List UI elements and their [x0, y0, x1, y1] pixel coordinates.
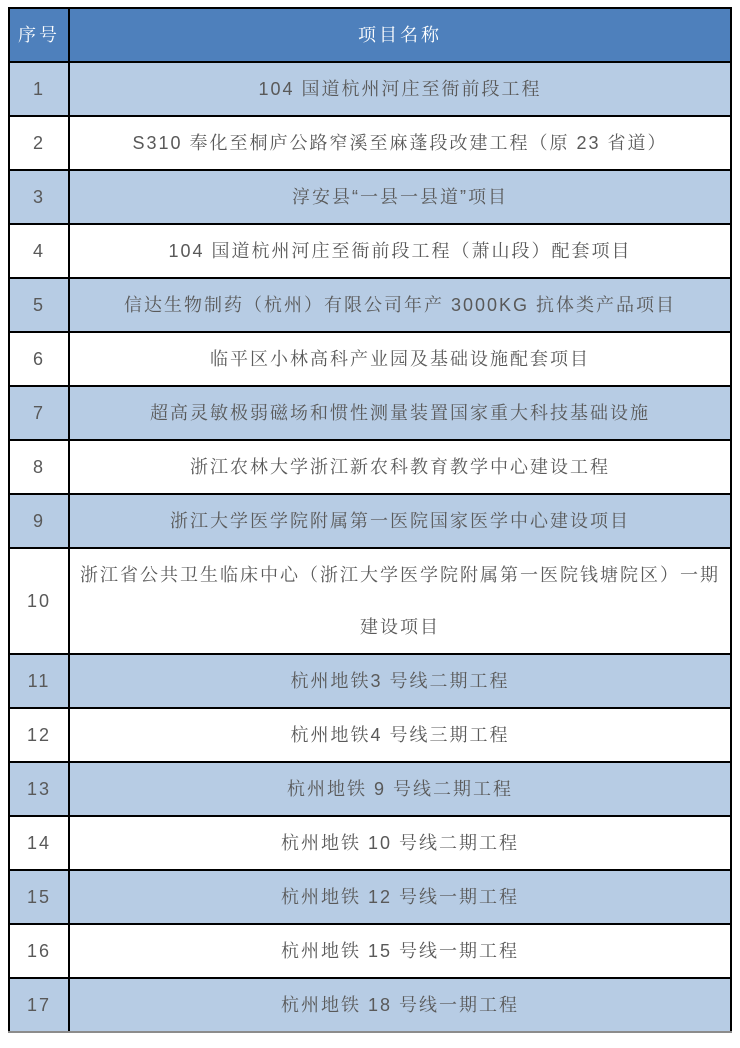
row-number-cell: 15 [9, 870, 69, 924]
project-name: 浙江大学医学院附属第一医院国家医学中心建设项目 [170, 511, 630, 531]
project-name-cell: 杭州地铁 18 号线一期工程 [69, 978, 731, 1032]
table-row: 3 淳安县“一县一县道”项目 [9, 170, 731, 224]
project-name: 临平区小林高科产业园及基础设施配套项目 [210, 349, 590, 369]
table-row: 11 杭州地铁3 号线二期工程 [9, 654, 731, 708]
table-row: 7 超高灵敏极弱磁场和惯性测量装置国家重大科技基础设施 [9, 386, 731, 440]
project-name-cell: 浙江农林大学浙江新农科教育教学中心建设工程 [69, 440, 731, 494]
row-number-cell: 1 [9, 62, 69, 116]
project-name-cell: 杭州地铁 12 号线一期工程 [69, 870, 731, 924]
header-serial-number: 序号 [9, 8, 69, 62]
project-name-cell: 杭州地铁 10 号线二期工程 [69, 816, 731, 870]
row-number: 17 [27, 995, 51, 1015]
project-name: 杭州地铁 15 号线一期工程 [281, 941, 519, 961]
project-name: 杭州地铁3 号线二期工程 [290, 671, 509, 691]
project-name: S310 奉化至桐庐公路窄溪至麻蓬段改建工程（原 23 省道） [132, 133, 667, 153]
project-name: 杭州地铁 12 号线一期工程 [281, 887, 519, 907]
table-row: 9 浙江大学医学院附属第一医院国家医学中心建设项目 [9, 494, 731, 548]
table-header: 序号 项目名称 [9, 8, 731, 62]
table-row: 4 104 国道杭州河庄至衙前段工程（萧山段）配套项目 [9, 224, 731, 278]
table-row: 14 杭州地铁 10 号线二期工程 [9, 816, 731, 870]
project-name: 超高灵敏极弱磁场和惯性测量装置国家重大科技基础设施 [150, 403, 650, 423]
project-name: 杭州地铁 9 号线二期工程 [287, 779, 513, 799]
row-number: 7 [33, 403, 45, 423]
table-row: 1 104 国道杭州河庄至衙前段工程 [9, 62, 731, 116]
row-number: 12 [27, 725, 51, 745]
row-number: 16 [27, 941, 51, 961]
project-name-cell: 信达生物制药（杭州）有限公司年产 3000KG 抗体类产品项目 [69, 278, 731, 332]
project-name: 浙江省公共卫生临床中心（浙江大学医学院附属第一医院钱塘院区）一期建设项目 [80, 565, 720, 637]
project-name: 淳安县“一县一县道”项目 [292, 187, 508, 207]
row-number: 9 [33, 511, 45, 531]
header-project-name: 项目名称 [69, 8, 731, 62]
row-number-cell: 7 [9, 386, 69, 440]
project-name: 杭州地铁 18 号线一期工程 [281, 995, 519, 1015]
row-number-cell: 8 [9, 440, 69, 494]
row-number-cell: 14 [9, 816, 69, 870]
project-name-cell: 超高灵敏极弱磁场和惯性测量装置国家重大科技基础设施 [69, 386, 731, 440]
project-table: 序号 项目名称 1 104 国道杭州河庄至衙前段工程 2 S310 奉化至桐庐公… [8, 7, 732, 1033]
row-number: 8 [33, 457, 45, 477]
row-number-cell: 13 [9, 762, 69, 816]
project-name: 信达生物制药（杭州）有限公司年产 3000KG 抗体类产品项目 [124, 295, 676, 315]
project-name-cell: 浙江大学医学院附属第一医院国家医学中心建设项目 [69, 494, 731, 548]
project-name: 杭州地铁 10 号线二期工程 [281, 833, 519, 853]
row-number: 10 [27, 591, 51, 611]
project-name-cell: 杭州地铁 15 号线一期工程 [69, 924, 731, 978]
row-number: 14 [27, 833, 51, 853]
project-name-cell: S310 奉化至桐庐公路窄溪至麻蓬段改建工程（原 23 省道） [69, 116, 731, 170]
row-number: 1 [33, 79, 45, 99]
table-row: 13 杭州地铁 9 号线二期工程 [9, 762, 731, 816]
document-page: 序号 项目名称 1 104 国道杭州河庄至衙前段工程 2 S310 奉化至桐庐公… [0, 0, 740, 1048]
row-number: 11 [28, 671, 51, 691]
table-row: 2 S310 奉化至桐庐公路窄溪至麻蓬段改建工程（原 23 省道） [9, 116, 731, 170]
row-number-cell: 11 [9, 654, 69, 708]
table-row: 15 杭州地铁 12 号线一期工程 [9, 870, 731, 924]
row-number-cell: 17 [9, 978, 69, 1032]
project-name-cell: 杭州地铁3 号线二期工程 [69, 654, 731, 708]
project-name-cell: 浙江省公共卫生临床中心（浙江大学医学院附属第一医院钱塘院区）一期建设项目 [69, 548, 731, 654]
table-row: 8 浙江农林大学浙江新农科教育教学中心建设工程 [9, 440, 731, 494]
row-number-cell: 3 [9, 170, 69, 224]
header-row: 序号 项目名称 [9, 8, 731, 62]
project-name: 104 国道杭州河庄至衙前段工程 [258, 79, 541, 99]
row-number-cell: 4 [9, 224, 69, 278]
row-number: 2 [33, 133, 45, 153]
table-row: 6 临平区小林高科产业园及基础设施配套项目 [9, 332, 731, 386]
row-number-cell: 2 [9, 116, 69, 170]
table-row: 17 杭州地铁 18 号线一期工程 [9, 978, 731, 1032]
project-name-cell: 淳安县“一县一县道”项目 [69, 170, 731, 224]
row-number: 6 [33, 349, 45, 369]
row-number: 5 [33, 295, 45, 315]
project-name: 浙江农林大学浙江新农科教育教学中心建设工程 [190, 457, 610, 477]
table-row: 12 杭州地铁4 号线三期工程 [9, 708, 731, 762]
row-number-cell: 5 [9, 278, 69, 332]
table-row: 16 杭州地铁 15 号线一期工程 [9, 924, 731, 978]
row-number: 13 [27, 779, 51, 799]
row-number: 4 [33, 241, 45, 261]
row-number-cell: 16 [9, 924, 69, 978]
row-number: 3 [33, 187, 45, 207]
project-name-cell: 杭州地铁 9 号线二期工程 [69, 762, 731, 816]
project-name: 104 国道杭州河庄至衙前段工程（萧山段）配套项目 [168, 241, 631, 261]
row-number-cell: 12 [9, 708, 69, 762]
project-name-cell: 杭州地铁4 号线三期工程 [69, 708, 731, 762]
project-name-cell: 临平区小林高科产业园及基础设施配套项目 [69, 332, 731, 386]
table-row: 10 浙江省公共卫生临床中心（浙江大学医学院附属第一医院钱塘院区）一期建设项目 [9, 548, 731, 654]
project-name-cell: 104 国道杭州河庄至衙前段工程（萧山段）配套项目 [69, 224, 731, 278]
project-name-cell: 104 国道杭州河庄至衙前段工程 [69, 62, 731, 116]
row-number-cell: 10 [9, 548, 69, 654]
row-number-cell: 6 [9, 332, 69, 386]
row-number-cell: 9 [9, 494, 69, 548]
project-name: 杭州地铁4 号线三期工程 [290, 725, 509, 745]
row-number: 15 [27, 887, 51, 907]
table-row: 5 信达生物制药（杭州）有限公司年产 3000KG 抗体类产品项目 [9, 278, 731, 332]
table-body: 1 104 国道杭州河庄至衙前段工程 2 S310 奉化至桐庐公路窄溪至麻蓬段改… [9, 62, 731, 1032]
